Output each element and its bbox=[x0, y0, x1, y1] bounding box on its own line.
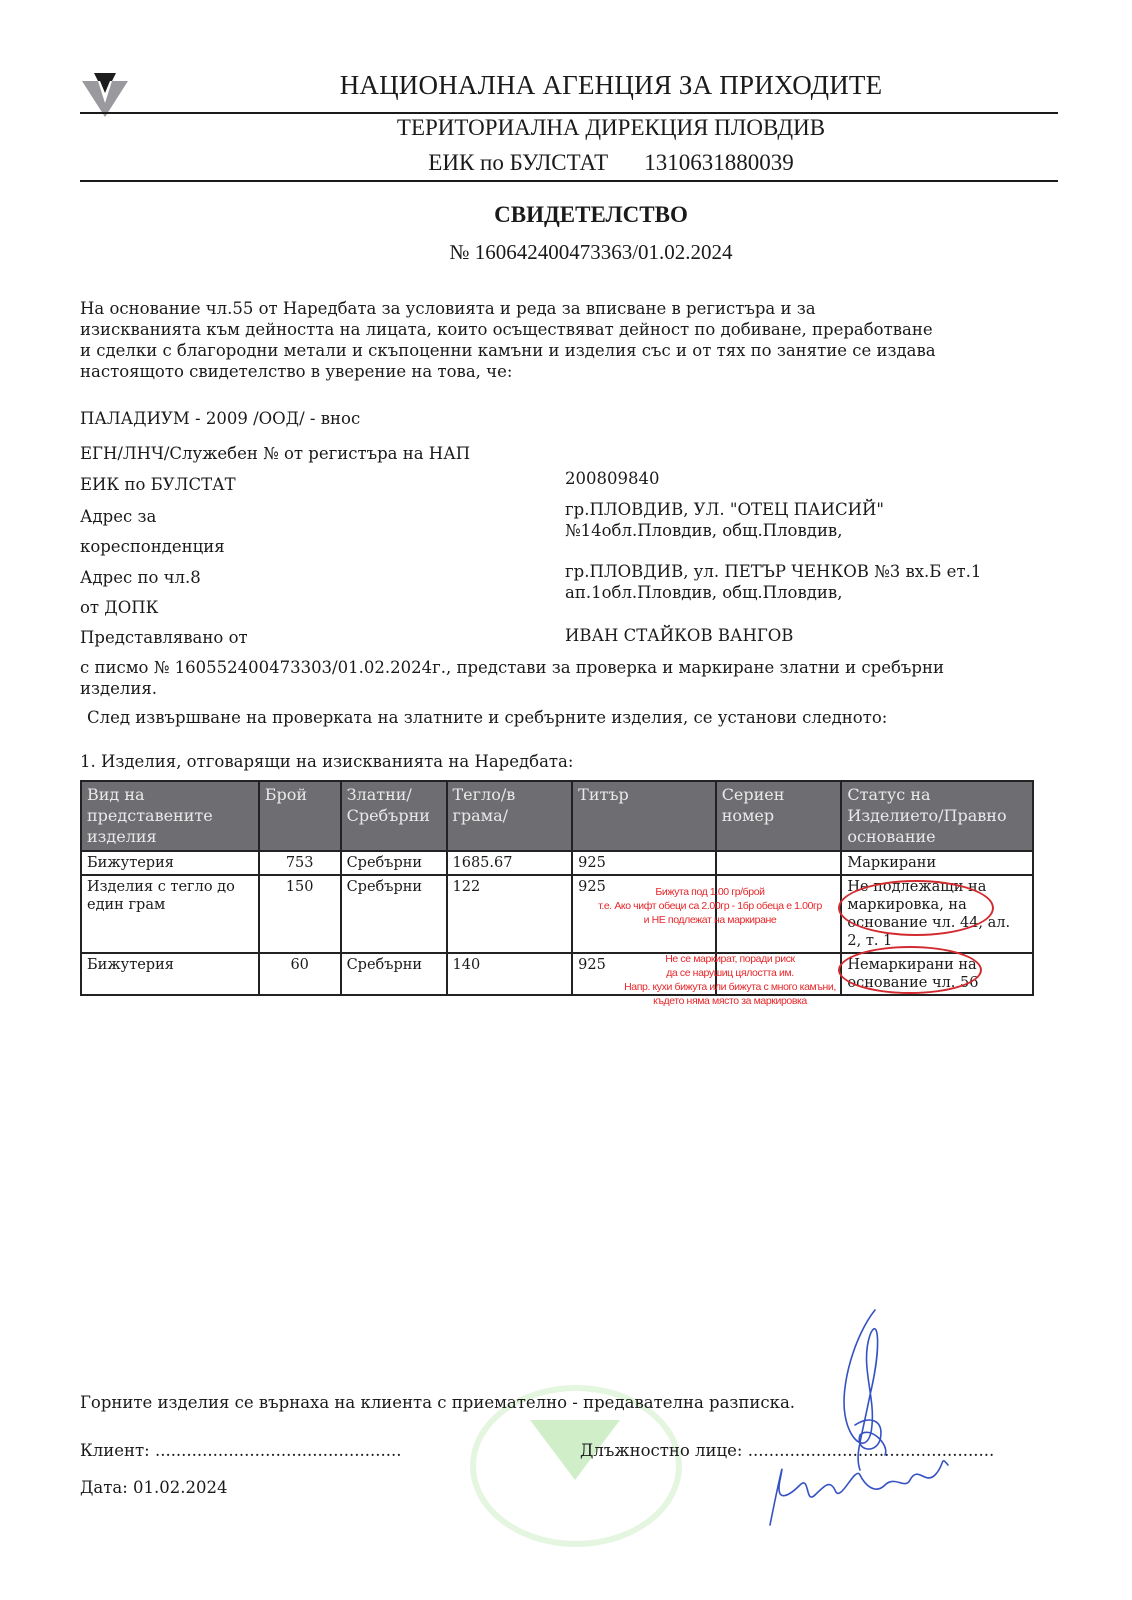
annotation-note-row3: Не се маркират, поради риск да се наруши… bbox=[580, 952, 880, 1008]
label-art8-address-2: от ДОПК bbox=[80, 597, 158, 618]
cell-weight: 1685.67 bbox=[447, 851, 573, 875]
intro-paragraph: На основание чл.55 от Наредбата за услов… bbox=[80, 298, 1040, 382]
col-header-count: Брой bbox=[259, 781, 341, 851]
value-art8-address: гр.ПЛОВДИВ, ул. ПЕТЪР ЧЕНКОВ №3 вх.Б ет.… bbox=[565, 561, 981, 603]
date-label: Дата: bbox=[80, 1478, 128, 1497]
cell-count: 150 bbox=[259, 875, 341, 953]
cell-item-type: Бижутерия bbox=[81, 953, 259, 995]
annotation-line: Бижута под 1.00 гр/брой bbox=[580, 885, 840, 899]
cell-item-type: Изделия с тегло до един грам bbox=[81, 875, 259, 953]
table-row: Бижутерия 753 Сребърни 1685.67 925 Марки… bbox=[81, 851, 1033, 875]
annotation-note-row2: Бижута под 1.00 гр/брой т.е. Ако чифт об… bbox=[580, 885, 840, 927]
value-corr-address-line: гр.ПЛОВДИВ, УЛ. "ОТЕЦ ПАИСИЙ" bbox=[565, 499, 884, 520]
certificate-number: № 160642400473363/01.02.2024 bbox=[0, 240, 1132, 265]
letter-paragraph: с писмо № 160552400473303/01.02.2024г., … bbox=[80, 657, 1050, 699]
cell-metal: Сребърни bbox=[341, 953, 447, 995]
client-label: Клиент: bbox=[80, 1441, 150, 1460]
cell-metal: Сребърни bbox=[341, 851, 447, 875]
intro-line: изискванията към дейността на лицата, ко… bbox=[80, 319, 1040, 340]
client-signature-line: ........................................… bbox=[155, 1441, 402, 1460]
cell-serial bbox=[716, 851, 842, 875]
annotation-line: Не се маркират, поради риск bbox=[580, 952, 880, 966]
annotation-line: т.е. Ако чифт обеци са 2.00гр - 1бр обец… bbox=[580, 899, 840, 913]
annotation-line: да се нарушиц цялостта им. bbox=[580, 966, 880, 980]
annotation-line: Напр. кухи бижута или бижута с много кам… bbox=[580, 980, 880, 994]
label-represented-by: Представлявано от bbox=[80, 627, 248, 648]
value-art8-address-line: гр.ПЛОВДИВ, ул. ПЕТЪР ЧЕНКОВ №3 вх.Б ет.… bbox=[565, 561, 981, 582]
col-header-status: Статус на Изделието/Правно основание bbox=[841, 781, 1033, 851]
certificate-title: СВИДЕТЕЛСТВО bbox=[0, 202, 1132, 228]
directorate-name: ТЕРИТОРИАЛНА ДИРЕКЦИЯ ПЛОВДИВ bbox=[0, 115, 1132, 141]
cell-status: Маркирани bbox=[841, 851, 1033, 875]
section-title: 1. Изделия, отговарящи на изискванията н… bbox=[80, 751, 573, 772]
value-corr-address: гр.ПЛОВДИВ, УЛ. "ОТЕЦ ПАИСИЙ" №14обл.Пло… bbox=[565, 499, 884, 541]
letter-line: изделия. bbox=[80, 678, 1050, 699]
intro-line: На основание чл.55 от Наредбата за услов… bbox=[80, 298, 1040, 319]
col-header-weight: Тегло/в грама/ bbox=[447, 781, 573, 851]
label-art8-address-1: Адрес по чл.8 bbox=[80, 567, 201, 588]
value-represented-by: ИВАН СТАЙКОВ ВАНГОВ bbox=[565, 625, 793, 646]
header-rule-bottom bbox=[80, 180, 1058, 182]
value-corr-address-line: №14обл.Пловдив, общ.Пловдив, bbox=[565, 520, 884, 541]
client-signature: Клиент: ................................… bbox=[80, 1441, 401, 1460]
cell-weight: 122 bbox=[447, 875, 573, 953]
agency-eik-label: ЕИК по БУЛСТАТ bbox=[428, 150, 608, 175]
finding-text: След извършване на проверката на златнит… bbox=[87, 707, 887, 728]
table-header-row: Вид на представените изделия Брой Златни… bbox=[81, 781, 1033, 851]
cell-item-type: Бижутерия bbox=[81, 851, 259, 875]
date-value: 01.02.2024 bbox=[133, 1478, 227, 1497]
label-eik: ЕИК по БУЛСТАТ bbox=[80, 474, 236, 495]
cell-count: 60 bbox=[259, 953, 341, 995]
returned-text: Горните изделия се върнаха на клиента с … bbox=[80, 1393, 795, 1412]
annotation-circle-row3 bbox=[838, 946, 982, 994]
agency-name: НАЦИОНАЛНА АГЕНЦИЯ ЗА ПРИХОДИТЕ bbox=[0, 70, 1132, 101]
label-corr-address-1: Адрес за bbox=[80, 506, 156, 527]
label-corr-address-2: кореспонденция bbox=[80, 536, 225, 557]
value-eik: 200809840 bbox=[565, 468, 659, 489]
value-art8-address-line: ап.1обл.Пловдив, общ.Пловдив, bbox=[565, 582, 981, 603]
col-header-item-type: Вид на представените изделия bbox=[81, 781, 259, 851]
letter-line: с писмо № 160552400473303/01.02.2024г., … bbox=[80, 657, 1050, 678]
cell-fineness: 925 bbox=[572, 851, 716, 875]
col-header-metal: Златни/ Сребърни bbox=[341, 781, 447, 851]
intro-line: настоящото свидетелство в уверение на то… bbox=[80, 361, 1040, 382]
agency-eik: ЕИК по БУЛСТАТ1310631880039 bbox=[0, 150, 1132, 176]
agency-eik-value: 1310631880039 bbox=[644, 150, 794, 175]
intro-line: и сделки с благородни метали и скъпоценн… bbox=[80, 340, 1040, 361]
annotation-circle-row2 bbox=[838, 880, 994, 936]
label-egn: ЕГН/ЛНЧ/Служебен № от регистъра на НАП bbox=[80, 443, 470, 464]
col-header-fineness: Титър bbox=[572, 781, 716, 851]
company-name: ПАЛАДИУМ - 2009 /ООД/ - внос bbox=[80, 408, 360, 429]
header-rule-top bbox=[80, 112, 1058, 114]
annotation-line: където няма място за маркировка bbox=[580, 994, 880, 1008]
cell-metal: Сребърни bbox=[341, 875, 447, 953]
official-label: Длъжностно лице: bbox=[580, 1441, 742, 1460]
date-field: Дата: 01.02.2024 bbox=[80, 1478, 228, 1497]
col-header-serial: Сериен номер bbox=[716, 781, 842, 851]
handwritten-signature-icon bbox=[760, 1305, 960, 1535]
cell-weight: 140 bbox=[447, 953, 573, 995]
annotation-line: и НЕ подлежат на маркиране bbox=[580, 913, 840, 927]
cell-count: 753 bbox=[259, 851, 341, 875]
